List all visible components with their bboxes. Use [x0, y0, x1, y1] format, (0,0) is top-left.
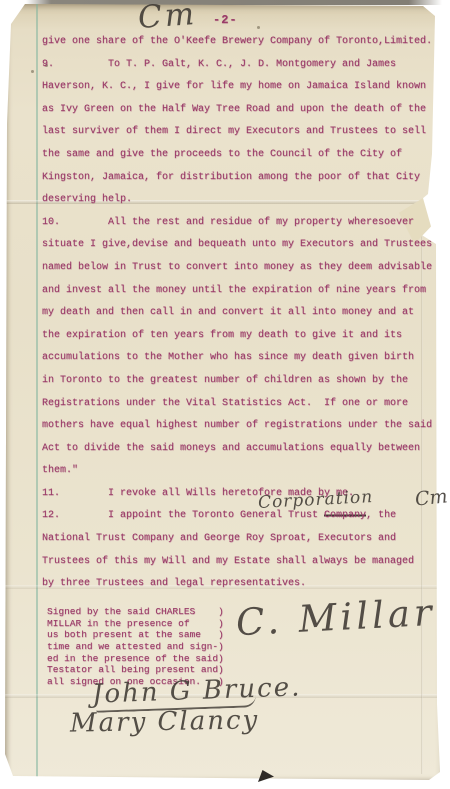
paper-top-edge-shadow — [26, 0, 442, 5]
typed-line: last surviver of them I direct my Execut… — [42, 121, 432, 144]
attestation-line: time and we attested and sign-) — [47, 641, 224, 653]
paper-speck — [31, 70, 34, 73]
typed-line: as Ivy Green on the Half Way Tree Road a… — [42, 99, 432, 122]
typed-line: them." — [42, 460, 432, 483]
clause12-suffix: , the — [366, 510, 396, 521]
typed-line-clause-12: 12. I appoint the Toronto General Trust … — [42, 505, 432, 528]
typed-line: Trustees of this my Will and my Estate s… — [42, 551, 432, 574]
scanned-will-page: Cm -2- give one share of the O'Keefe Bre… — [0, 0, 450, 789]
witness-signature-2: Mary Clancy — [70, 705, 260, 738]
typed-line: and invest all the money until the expir… — [42, 280, 432, 303]
typed-line: Act to divide the said moneys and accumu… — [42, 438, 432, 461]
attestation-line: Signed by the said CHARLES ) — [47, 606, 224, 618]
typed-line: Registrations under the Vital Statistics… — [42, 393, 432, 416]
typed-line: by three Trustees and legal representati… — [42, 573, 432, 596]
attestation-line: ed in the presence of the said) — [47, 653, 224, 665]
typed-line: mothers have equal highest number of reg… — [42, 415, 432, 438]
typed-line-clause-11: 11. I revoke all Wills heretofore made b… — [42, 483, 432, 506]
typed-line-clause-10: 10. All the rest and residue of my prope… — [42, 212, 432, 235]
handwritten-correction-initials: Cm — [414, 485, 449, 510]
typed-line: Haverson, K. C., I give for life my home… — [42, 76, 432, 99]
typed-line: the expiration of ten years from my deat… — [42, 325, 432, 348]
attestation-line: Testator all being present and) — [47, 664, 224, 676]
page-number: -2- — [213, 13, 238, 27]
typed-line: the same and give the proceeds to the Co… — [42, 144, 432, 167]
typed-line-clause-9: 9. To T. P. Galt, K. C., J. D. Montgomer… — [42, 54, 432, 77]
typed-line: in Toronto to the greatest number of chi… — [42, 370, 432, 393]
typed-line: situate I give,devise and bequeath unto … — [42, 234, 432, 257]
clause12-prefix: 12. I appoint the Toronto General Trust — [42, 510, 324, 521]
typed-line: Kingston, Jamaica, for distribution amon… — [42, 167, 432, 190]
typed-line: my death and then call in and convert it… — [42, 302, 432, 325]
typed-line: named below in Trust to convert into mon… — [42, 257, 432, 280]
typed-body: give one share of the O'Keefe Brewery Co… — [42, 31, 432, 596]
struck-out-word: Company — [324, 510, 366, 521]
paper-speck — [257, 26, 260, 29]
typed-line: deserving help. — [42, 189, 432, 212]
typed-line: give one share of the O'Keefe Brewery Co… — [42, 31, 432, 54]
typed-line: accumulations to the Mother who has sinc… — [42, 347, 432, 370]
typed-line: National Trust Company and George Roy Sp… — [42, 528, 432, 551]
margin-rule-line — [36, 4, 38, 782]
attestation-line: us both present at the same ) — [47, 629, 224, 641]
attestation-line: MILLAR in the presence of ) — [47, 618, 224, 630]
